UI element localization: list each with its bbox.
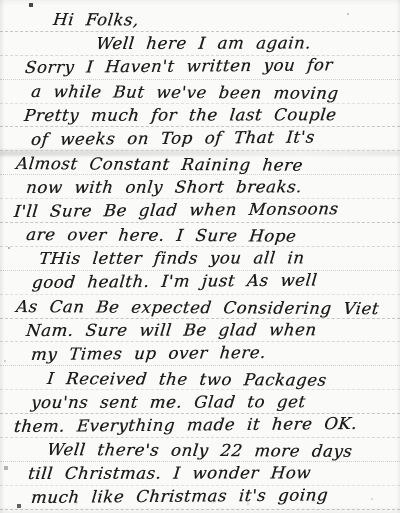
handwritten-text: of weeks on Top of That It's: [30, 129, 316, 150]
handwritten-line: a while But we've been moving: [0, 80, 400, 104]
handwritten-line: till Christmas. I wonder How: [0, 462, 400, 486]
handwritten-line: As Can Be expected Considering Viet: [0, 295, 400, 319]
handwritten-text: Well there's only 22 more days: [46, 442, 353, 462]
handwritten-text: a while But we've been moving: [30, 84, 339, 104]
handwritten-text: much like Christmas it's going: [30, 488, 329, 509]
handwritten-line: now with only Short breaks.: [0, 175, 400, 199]
handwritten-line: Pretty much for the last Couple: [0, 104, 400, 128]
handwritten-line: them. Everything made it here OK.: [0, 414, 400, 438]
handwritten-line: I Received the two Packages: [0, 366, 400, 390]
handwritten-text: As Can Be expected Considering Viet: [15, 299, 380, 320]
handwritten-text: them. Everything made it here OK.: [13, 416, 358, 437]
handwritten-text: now with only Short breaks.: [25, 179, 303, 198]
handwritten-line: Almost Constant Raining here: [0, 151, 400, 175]
handwritten-line: THis letter finds you all in: [0, 247, 400, 271]
handwritten-text: my Times up over here.: [30, 345, 267, 366]
handwritten-text: I Received the two Packages: [46, 371, 327, 391]
letter-page: Hi Folks, Well here I am again. Sorry I …: [0, 0, 400, 513]
handwritten-text: Almost Constant Raining here: [15, 156, 304, 176]
handwritten-line: of weeks on Top of That It's: [0, 127, 400, 151]
handwritten-line: I'll Sure Be glad when Monsoons: [0, 199, 400, 223]
handwritten-line: Sorry I Haven't written you for: [0, 56, 400, 80]
handwritten-line: good health. I'm just As well: [0, 271, 400, 295]
handwritten-line: my Times up over here.: [0, 342, 400, 366]
handwritten-text: Sorry I Haven't written you for: [24, 57, 334, 78]
handwritten-text: THis letter finds you all in: [38, 251, 305, 270]
handwritten-text: Nam. Sure will Be glad when: [25, 322, 317, 341]
handwritten-line: are over here. I Sure Hope: [0, 223, 400, 247]
handwritten-text: good health. I'm just As well: [31, 273, 318, 294]
handwritten-text: Pretty much for the last Couple: [23, 107, 337, 126]
letter-body: Hi Folks, Well here I am again. Sorry I …: [0, 0, 400, 510]
handwritten-line: Well there's only 22 more days: [0, 438, 400, 462]
handwritten-text: till Christmas. I wonder How: [27, 466, 312, 485]
handwritten-line: Hi Folks,: [0, 8, 400, 32]
handwritten-text: Well here I am again.: [95, 36, 312, 55]
handwritten-line: Nam. Sure will Be glad when: [0, 319, 400, 343]
handwritten-text: Hi Folks,: [52, 12, 140, 31]
handwritten-text: I'll Sure Be glad when Monsoons: [13, 201, 339, 222]
handwritten-line: Well here I am again.: [0, 32, 400, 56]
handwritten-line: you'ns sent me. Glad to get: [0, 390, 400, 414]
handwritten-line: much like Christmas it's going: [0, 486, 400, 510]
handwritten-text: you'ns sent me. Glad to get: [30, 394, 306, 413]
handwritten-text: are over here. I Sure Hope: [25, 227, 297, 247]
